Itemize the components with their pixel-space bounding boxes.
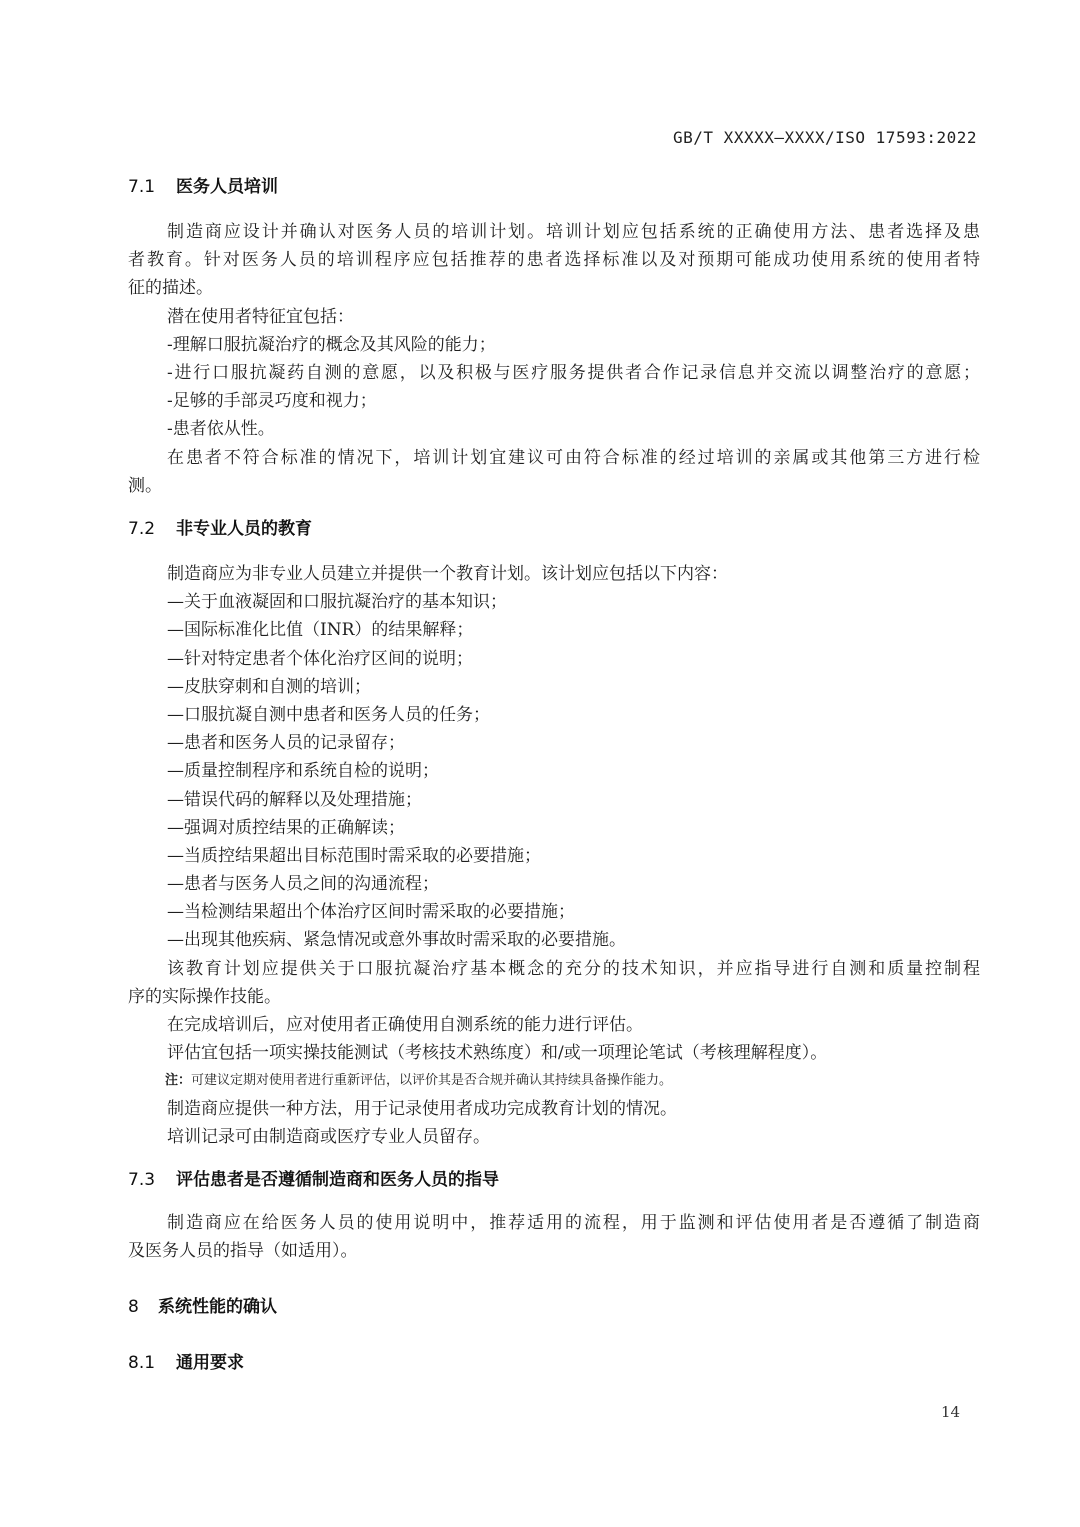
section-number: 7.1: [128, 173, 176, 201]
list-item: —错误代码的解释以及处理措施；: [167, 786, 1019, 814]
list-item: -足够的手部灵巧度和视力；: [167, 387, 1019, 415]
paragraph-line: 测。: [128, 472, 980, 500]
paragraph-line: 制造商应设计并确认对医务人员的培训计划。培训计划应包括系统的正确使用方法、患者选…: [167, 218, 980, 246]
paragraph-line: 在患者不符合标准的情况下，培训计划宜建议可由符合标准的经过培训的亲属或其他第三方…: [167, 444, 980, 472]
list-item: —质量控制程序和系统自检的说明；: [167, 757, 1019, 785]
section-title: 非专业人员的教育: [176, 519, 312, 539]
paragraph-line: 该教育计划应提供关于口服抗凝治疗基本概念的充分的技术知识，并应指导进行自测和质量…: [167, 955, 980, 983]
section-title: 评估患者是否遵循制造商和医务人员的指导: [176, 1170, 499, 1190]
standard-number-header: GB/T XXXXX—XXXX/ISO 17593:2022: [673, 128, 977, 147]
section-heading-8: 8系统性能的确认: [128, 1293, 980, 1321]
list-item: —患者和医务人员的记录留存；: [167, 729, 1019, 757]
paragraph-line: 者教育。针对医务人员的培训程序应包括推荐的患者选择标准以及对预期可能成功使用系统…: [128, 246, 980, 274]
paragraph-line: 评估宜包括一项实操技能测试（考核技术熟练度）和/或一项理论笔试（考核理解程度）。: [167, 1039, 1019, 1067]
section-heading-7-2: 7.2非专业人员的教育: [128, 515, 980, 543]
list-item: —当检测结果超出个体治疗区间时需采取的必要措施；: [167, 898, 1019, 926]
list-item: -进行口服抗凝药自测的意愿，以及积极与医疗服务提供者合作记录信息并交流以调整治疗…: [167, 359, 980, 387]
list-item: -患者依从性。: [167, 415, 1019, 443]
paragraph-line: 在完成培训后，应对使用者正确使用自测系统的能力进行评估。: [167, 1011, 1019, 1039]
list-item: —针对特定患者个体化治疗区间的说明；: [167, 645, 1019, 673]
paragraph-line: 序的实际操作技能。: [128, 983, 980, 1011]
section-title: 通用要求: [176, 1353, 244, 1373]
note: 注：可建议定期对使用者进行重新评估，以评价其是否合规并确认其持续具备操作能力。: [165, 1067, 1017, 1095]
paragraph-line: 潜在使用者特征宜包括：: [167, 303, 1019, 331]
list-item: —国际标准化比值（INR）的结果解释；: [167, 616, 1019, 644]
paragraph-line: 制造商应为非专业人员建立并提供一个教育计划。该计划应包括以下内容：: [167, 560, 1019, 588]
page-number: 14: [941, 1403, 960, 1421]
note-text: 可建议定期对使用者进行重新评估，以评价其是否合规并确认其持续具备操作能力。: [191, 1073, 672, 1088]
list-item: —当质控结果超出目标范围时需采取的必要措施；: [167, 842, 1019, 870]
paragraph-line: 及医务人员的指导（如适用）。: [128, 1237, 980, 1265]
paragraph-line: 培训记录可由制造商或医疗专业人员留存。: [167, 1123, 1019, 1151]
section-heading-8-1: 8.1通用要求: [128, 1349, 980, 1377]
section-number: 7.3: [128, 1166, 176, 1194]
list-item: —患者与医务人员之间的沟通流程；: [167, 870, 1019, 898]
list-item: —关于血液凝固和口服抗凝治疗的基本知识；: [167, 588, 1019, 616]
list-item: —口服抗凝自测中患者和医务人员的任务；: [167, 701, 1019, 729]
section-title: 医务人员培训: [176, 177, 278, 197]
section-title: 系统性能的确认: [158, 1297, 277, 1317]
section-heading-7-3: 7.3评估患者是否遵循制造商和医务人员的指导: [128, 1166, 980, 1194]
paragraph-line: 制造商应提供一种方法，用于记录使用者成功完成教育计划的情况。: [167, 1095, 1019, 1123]
section-heading-7-1: 7.1医务人员培训: [128, 173, 980, 201]
section-number: 7.2: [128, 515, 176, 543]
list-item: —强调对质控结果的正确解读；: [167, 814, 1019, 842]
note-label: 注：: [165, 1073, 191, 1088]
document-page: GB/T XXXXX—XXXX/ISO 17593:2022 7.1医务人员培训…: [0, 0, 1080, 1527]
section-number: 8: [128, 1293, 158, 1321]
list-item: -理解口服抗凝治疗的概念及其风险的能力；: [167, 331, 1019, 359]
paragraph-line: 征的描述。: [128, 274, 980, 302]
section-number: 8.1: [128, 1349, 176, 1377]
list-item: —皮肤穿刺和自测的培训；: [167, 673, 1019, 701]
list-item: —出现其他疾病、紧急情况或意外事故时需采取的必要措施。: [167, 926, 1019, 954]
paragraph-line: 制造商应在给医务人员的使用说明中，推荐适用的流程，用于监测和评估使用者是否遵循了…: [167, 1209, 980, 1237]
